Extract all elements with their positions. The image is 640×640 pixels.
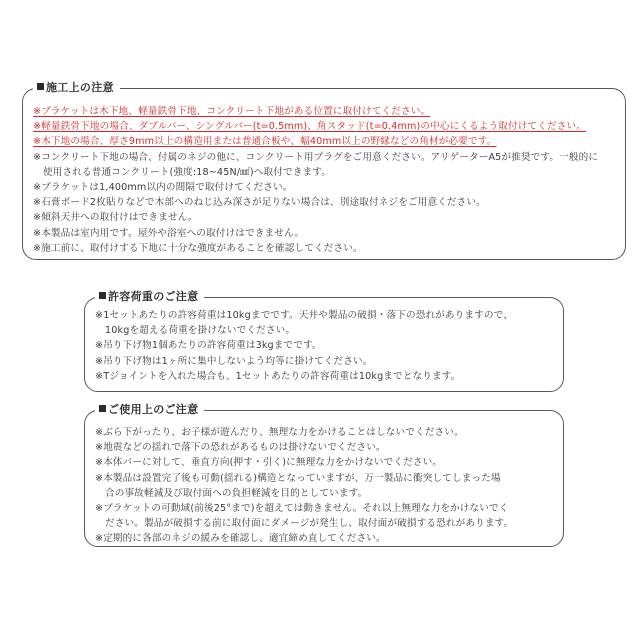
note-line: ※吊り下げ物は1ヶ所に集中しないよう均等に掛けてください。 xyxy=(95,354,563,369)
section-title-text: 許容荷重のご注意 xyxy=(108,290,198,303)
note-line: ※ぶら下がったり、お子様が遊んだり、無理な力をかけることはしないでください。 xyxy=(95,425,563,440)
note-line: ※本製品は設置完了後も可動(揺れる)構造となっていますが、万一製品に衝突してしま… xyxy=(95,471,563,486)
note-line: ※定期的に各部のネジの緩みを確認し、適宜締め直してください。 xyxy=(95,531,563,546)
warning-note: ※ブラケットは木下地、軽量鉄骨下地、コンクリート下地がある位置に取付けてください… xyxy=(33,104,625,119)
usage-notes-box: ご使用上のご注意 ※ぶら下がったり、お子様が遊んだり、無理な力をかけることはしな… xyxy=(84,410,564,547)
installation-notes-list: ※ブラケットは木下地、軽量鉄骨下地、コンクリート下地がある位置に取付けてください… xyxy=(33,104,625,256)
note-line: ※石膏ボード2枚貼りなどで木部へのねじ込み深さが足りない場合は、別途取付ネジをご… xyxy=(33,195,625,210)
load-capacity-notes-title: 許容荷重のご注意 xyxy=(95,289,204,305)
note-line-continued: 10kgを超える荷重を掛けないでください。 xyxy=(95,323,563,338)
warning-note: ※軽量鉄骨下地の場合、ダブルバー、シングルバー(t=0.5mm)、角スタッド(t… xyxy=(33,119,625,134)
installation-notes-title: 施工上の注意 xyxy=(33,80,120,96)
note-line-continued: 使用される普通コンクリート(強度:18~45N/㎟)へ取付できます。 xyxy=(33,165,625,180)
note-line: ※コンクリート下地の場合、付属のネジの他に、コンクリート用プラグをご用意ください… xyxy=(33,150,625,165)
note-line: ※ブラケットは1,400mm以内の間隔で取付けてください。 xyxy=(33,180,625,195)
load-capacity-notes-list: ※1セットあたりの許容荷重は10kgまでです。天井や製品の破損・落下の恐れがあり… xyxy=(95,308,563,384)
section-title-text: 施工上の注意 xyxy=(46,81,114,94)
square-bullet-icon xyxy=(99,405,106,412)
note-line: ※施工前に、取付けする下地に十分な強度があることを確認してください。 xyxy=(33,241,625,256)
section-title-text: ご使用上のご注意 xyxy=(108,403,198,416)
note-line-continued: ださい。製品が破損する前に取付面にダメージが発生し、取付面が破損する恐れがありま… xyxy=(95,516,563,531)
square-bullet-icon xyxy=(99,292,106,299)
warning-note: ※木下地の場合、厚さ9mm以上の構造用または普通合板や、幅40mm以上の野縁など… xyxy=(33,134,625,149)
usage-notes-list: ※ぶら下がったり、お子様が遊んだり、無理な力をかけることはしないでください。 ※… xyxy=(95,425,563,547)
note-line: ※傾斜天井への取付けはできません。 xyxy=(33,210,625,225)
note-line: ※1セットあたりの許容荷重は10kgまでです。天井や製品の破損・落下の恐れがあり… xyxy=(95,308,563,323)
note-line: ※ブラケットの可動域(前後25°まで)を超えては動きません。それ以上無理な力をか… xyxy=(95,501,563,516)
note-line: ※地震などの揺れで落下の恐れがあるものは掛けないでください。 xyxy=(95,440,563,455)
usage-notes-title: ご使用上のご注意 xyxy=(95,402,204,418)
square-bullet-icon xyxy=(37,83,44,90)
note-line: ※Tジョイントを入れた場合も、1セットあたりの許容荷重は10kgまでとなります。 xyxy=(95,369,563,384)
note-line-continued: 合の事故軽減及び取付面への負担軽減を目的としています。 xyxy=(95,486,563,501)
installation-notes-box: 施工上の注意 ※ブラケットは木下地、軽量鉄骨下地、コンクリート下地がある位置に取… xyxy=(22,88,626,260)
note-line: ※吊り下げ物1個あたりの許容荷重は3kgまでです。 xyxy=(95,338,563,353)
load-capacity-notes-box: 許容荷重のご注意 ※1セットあたりの許容荷重は10kgまでです。天井や製品の破損… xyxy=(84,297,564,392)
note-line: ※本製品は室内用です。屋外や浴室への取付けはできません。 xyxy=(33,226,625,241)
note-line: ※本体バーに対して、垂直方向(押す・引く)に無理な力をかけないでください。 xyxy=(95,455,563,470)
